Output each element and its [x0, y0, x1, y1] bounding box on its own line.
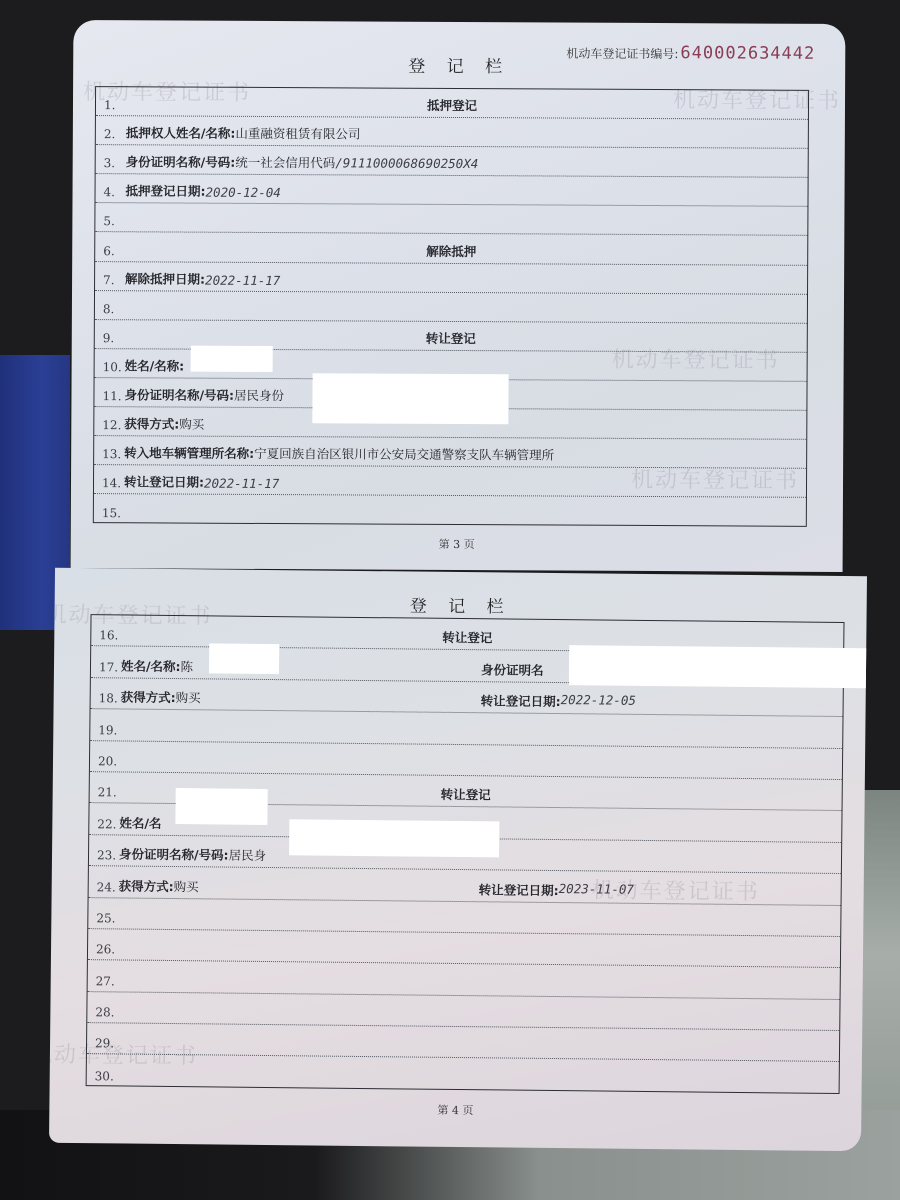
section-title: 转让登记 — [441, 785, 491, 804]
redaction-box — [569, 646, 867, 689]
registration-table-page-3: 1.抵押登记2.抵押权人姓名/名称:山重融资租赁有限公司3.身份证明名称/号码:… — [93, 86, 809, 527]
table-row: 13.转入地车辆管理所名称:宁夏回族自治区银川市公安局交通警察支队车辆管理所 — [94, 436, 806, 469]
table-row: 14.转让登记日期:2022-11-17 — [94, 465, 806, 498]
row-number: 13. — [94, 447, 124, 461]
row-number: 22. — [89, 817, 119, 831]
table-row: 5. — [95, 203, 807, 236]
field-label: 身份证明名称/号码: — [124, 385, 234, 404]
field-label: 解除抵押日期: — [125, 269, 205, 287]
redaction-box — [209, 644, 279, 675]
redaction-box — [289, 819, 499, 857]
row-number: 1. — [96, 98, 126, 112]
field-value: 山重融资租赁有限公司 — [235, 124, 360, 143]
row-number: 23. — [89, 848, 119, 862]
field-label: 转让登记日期: — [124, 473, 204, 491]
field-value: 居民身 — [229, 846, 267, 864]
field-value: 2022-12-05 — [561, 692, 636, 711]
row-number: 20. — [90, 754, 120, 768]
row-number: 5. — [95, 215, 125, 229]
row-number: 12. — [94, 418, 124, 432]
row-number: 26. — [88, 942, 118, 956]
table-row: 1.抵押登记 — [96, 87, 808, 120]
section-title: 解除抵押 — [426, 241, 476, 259]
field-label: 转让登记日期: — [481, 691, 561, 710]
field-label: 身份证明名称/号码: — [126, 153, 236, 172]
field-value: 居民身份 — [234, 386, 284, 404]
section-title: 转让登记 — [442, 628, 492, 647]
field-label: 抵押登记日期: — [126, 182, 206, 200]
field-value: 2022-11-17 — [205, 272, 280, 287]
row-number: 3. — [96, 156, 126, 170]
right-field: 身份证明名 — [481, 660, 544, 679]
field-value: 购买 — [174, 877, 199, 895]
row-number: 24. — [89, 880, 119, 894]
field-value: 陈 — [180, 657, 193, 675]
field-value: 购买 — [176, 688, 201, 706]
row-number: 15. — [94, 507, 124, 521]
row-number: 6. — [95, 244, 125, 258]
row-number: 18. — [91, 691, 121, 705]
field-value: 宁夏回族自治区银川市公安局交通警察支队车辆管理所 — [254, 444, 554, 464]
row-number: 16. — [91, 629, 121, 643]
table-row: 15. — [94, 494, 806, 527]
row-number: 11. — [94, 389, 124, 403]
row-number: 25. — [88, 911, 118, 925]
row-number: 9. — [95, 331, 125, 345]
row-number: 29. — [87, 1037, 117, 1051]
redaction-box — [175, 788, 267, 825]
certificate-number-value: 640002634442 — [680, 43, 815, 64]
field-label: 姓名/名称: — [125, 356, 185, 374]
certificate-page-3: 机动车登记证书 机动车登记证书 机动车登记证书 机动车登记证书 登 记 栏 机动… — [71, 20, 846, 572]
table-row: 11.身份证明名称/号码:居民身份 — [94, 378, 806, 411]
row-number: 2. — [96, 127, 126, 141]
field-label: 身份证明名 — [481, 660, 544, 679]
table-row: 2.抵押权人姓名/名称:山重融资租赁有限公司 — [96, 116, 808, 149]
table-row: 8. — [95, 291, 807, 324]
page-number: 第 3 页 — [71, 534, 843, 554]
row-number: 19. — [90, 723, 120, 737]
right-field: 转让登记日期:2023-11-07 — [479, 880, 634, 900]
table-row: 6.解除抵押 — [95, 233, 807, 266]
registration-table-page-4: 16.转让登记17.姓名/名称:陈身份证明名18.获得方式:购买转让登记日期:2… — [86, 614, 845, 1094]
redaction-box — [191, 345, 273, 371]
field-label: 转入地车辆管理所名称: — [124, 443, 254, 462]
table-row: 3.身份证明名称/号码:统一社会信用代码/9111000068690250X4 — [96, 145, 808, 178]
section-title: 转让登记 — [426, 329, 476, 347]
row-number: 8. — [95, 302, 125, 316]
field-label: 获得方式: — [124, 414, 179, 432]
row-number: 30. — [87, 1069, 117, 1083]
field-value: 购买 — [179, 415, 204, 433]
table-row: 7.解除抵押日期:2022-11-17 — [95, 262, 807, 295]
row-number: 28. — [87, 1005, 117, 1019]
table-row: 4.抵押登记日期:2020-12-04 — [95, 174, 807, 207]
field-label: 获得方式: — [121, 688, 176, 707]
row-number: 27. — [88, 974, 118, 988]
field-value: 2023-11-07 — [559, 881, 634, 900]
certificate-page-4: 机动车登记证书 机动车登记证书 机动车登记证书 登 记 栏 16.转让登记17.… — [49, 568, 867, 1151]
field-value: 统一社会信用代码/9111000068690250X4 — [235, 153, 478, 172]
field-label: 姓名/名 — [119, 813, 161, 831]
field-label: 姓名/名称: — [121, 656, 181, 675]
table-row: 30. — [87, 1055, 839, 1094]
page-number: 第 4 页 — [49, 1098, 861, 1123]
row-number: 21. — [90, 785, 120, 799]
field-label: 身份证明名称/号码: — [119, 845, 229, 864]
section-title: 抵押登记 — [427, 96, 477, 114]
row-number: 10. — [95, 360, 125, 374]
certificate-number: 机动车登记证书编号:640002634442 — [566, 43, 815, 64]
row-number: 7. — [95, 273, 125, 287]
redaction-box — [312, 373, 508, 424]
field-value: 2020-12-04 — [205, 185, 280, 200]
field-label: 获得方式: — [119, 876, 174, 895]
credit-code: /9111000068690250X4 — [335, 156, 478, 172]
right-field: 转让登记日期:2022-12-05 — [481, 691, 636, 711]
row-number: 17. — [91, 660, 121, 674]
row-number: 4. — [96, 185, 126, 199]
field-label: 转让登记日期: — [479, 880, 559, 899]
certificate-number-label: 机动车登记证书编号: — [566, 47, 678, 62]
field-value: 2022-11-17 — [204, 476, 279, 491]
row-number: 14. — [94, 476, 124, 490]
field-label: 抵押权人姓名/名称: — [126, 123, 236, 142]
